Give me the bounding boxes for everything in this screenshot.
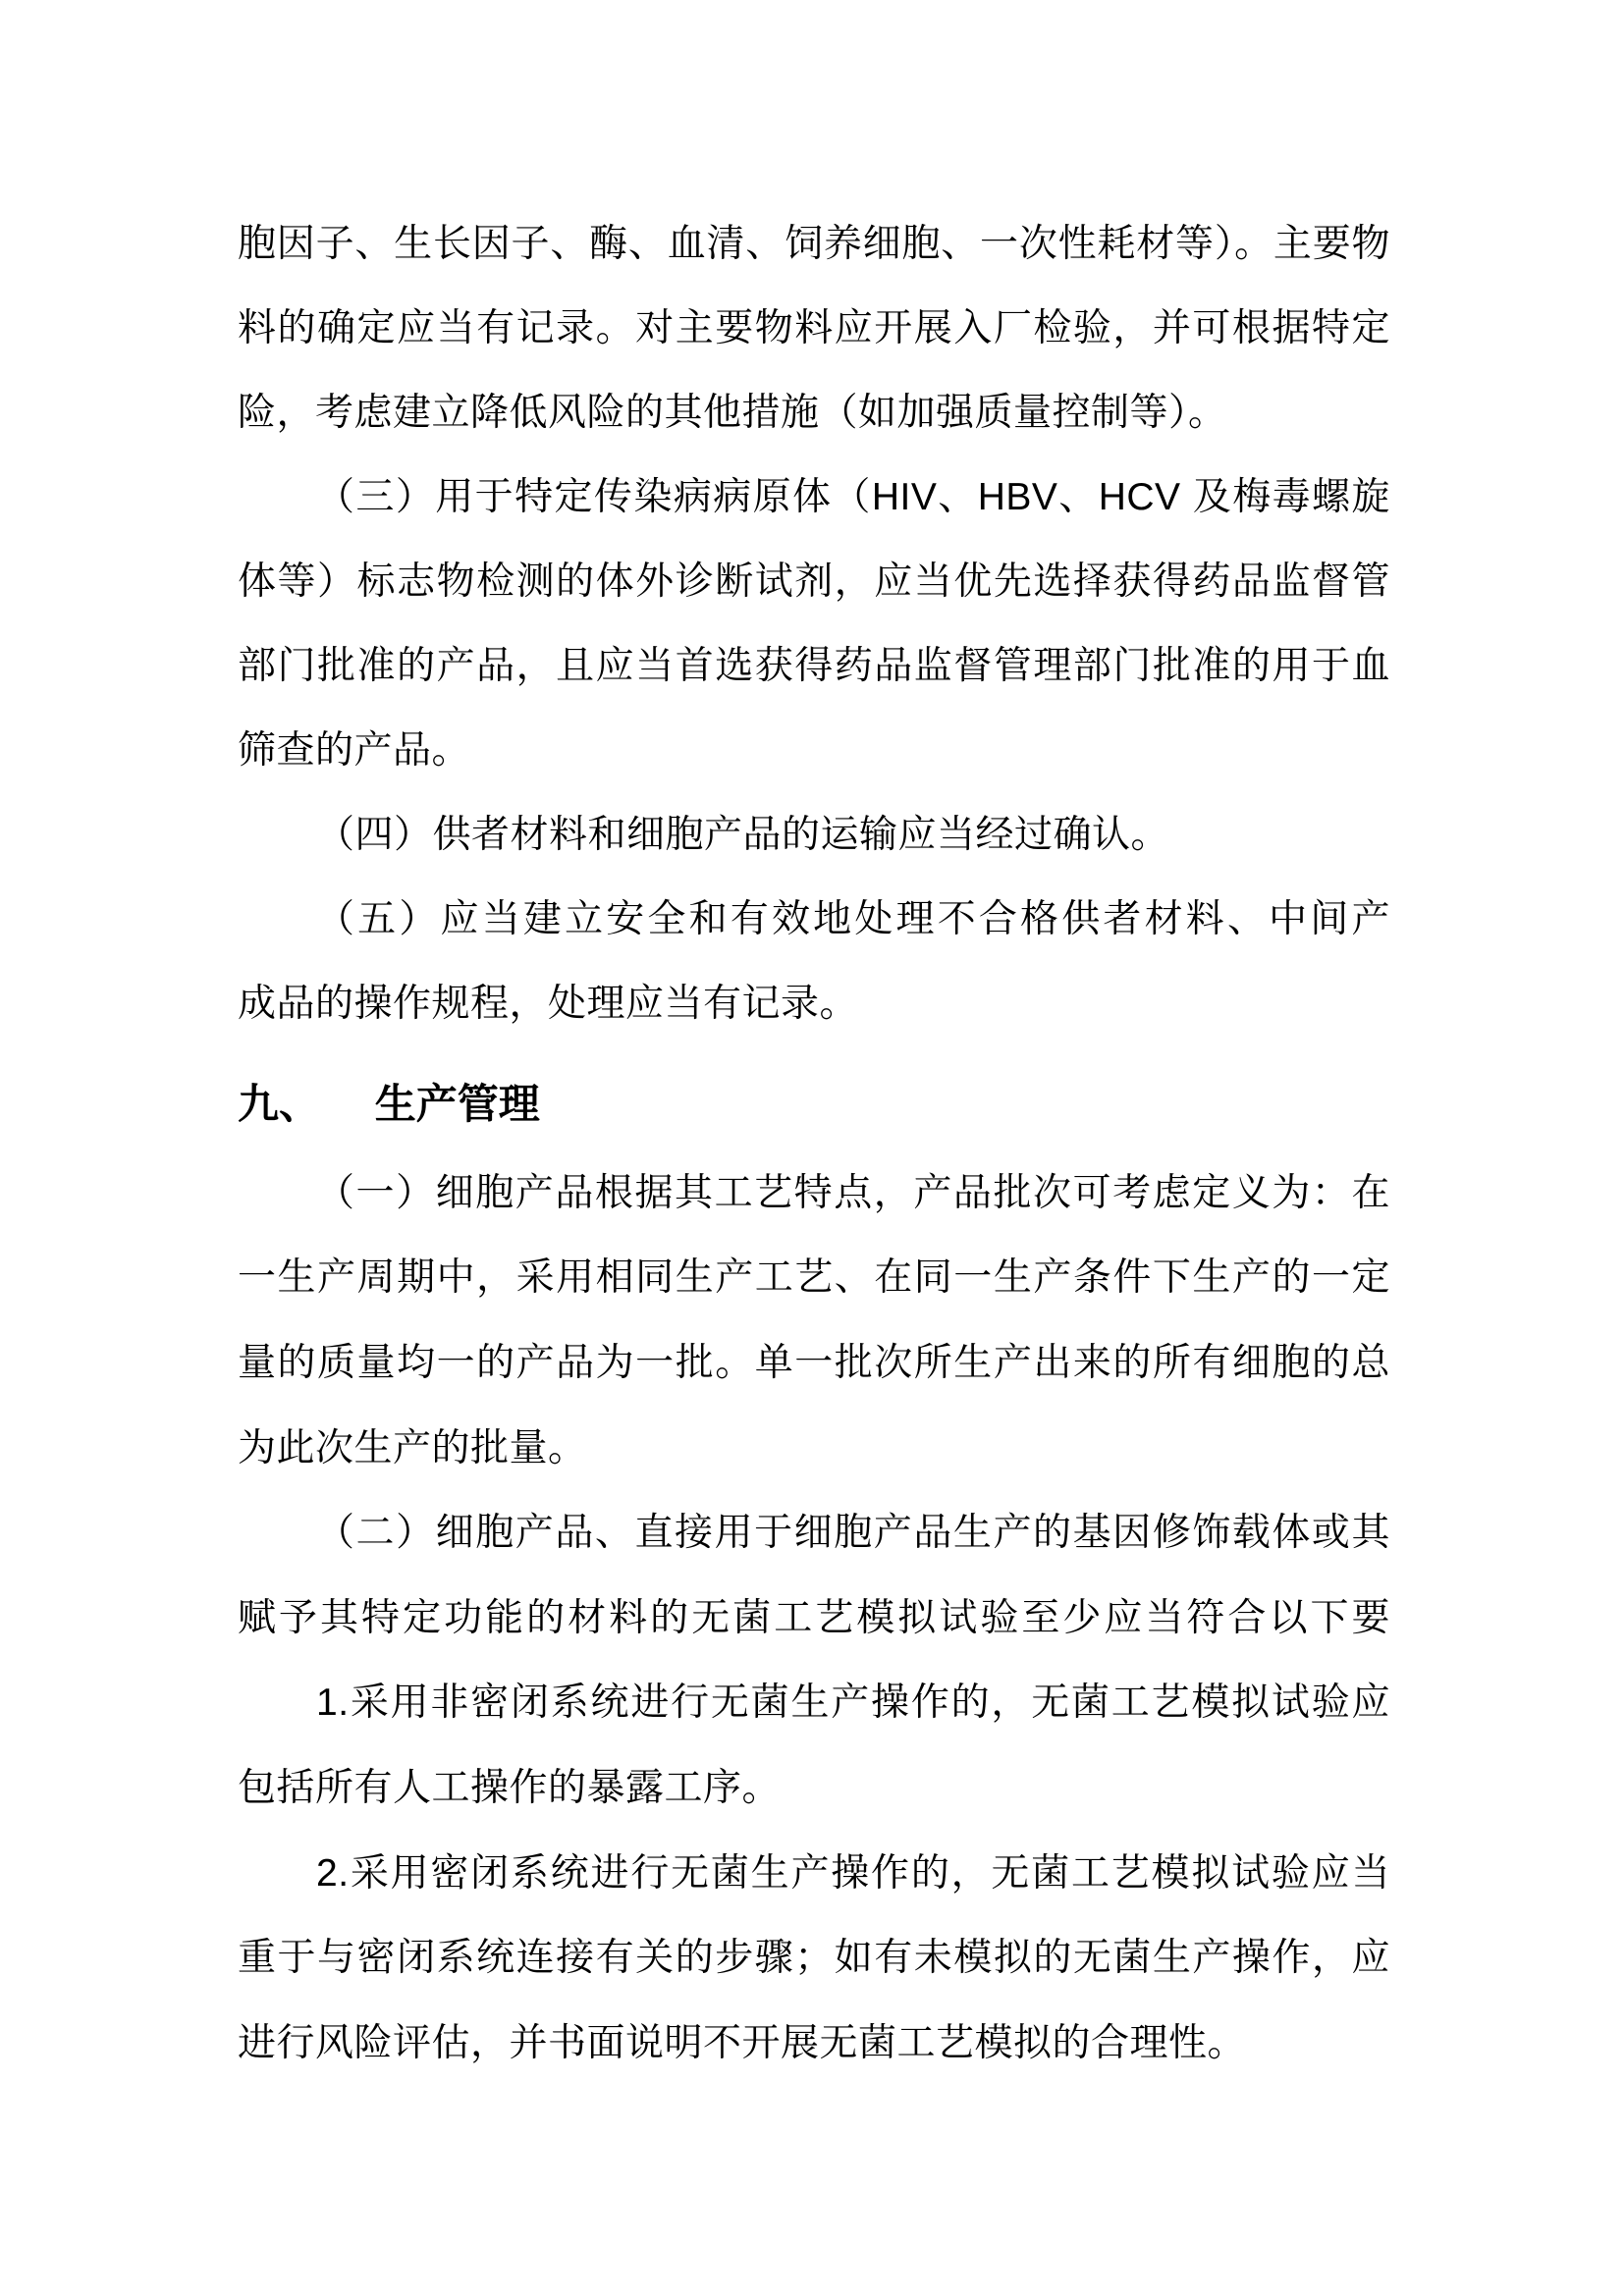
text-line: 筛查的产品。 — [238, 726, 1390, 775]
document-page: 胞因子、生长因子、酶、血清、饲养细胞、一次性耗材等）。主要物 料的确定应当有记录… — [0, 0, 1624, 2296]
text-line: 一生产周期中，采用相同生产工艺、在同一生产条件下生产的一定数 — [238, 1254, 1390, 1303]
text-line: （五）应当建立安全和有效地处理不合格供者材料、中间产品、 — [238, 895, 1390, 944]
section-heading: 九、 生产管理 — [238, 1078, 1390, 1131]
text-line: 赋予其特定功能的材料的无菌工艺模拟试验至少应当符合以下要求： — [238, 1594, 1390, 1643]
text-line: 重于与密闭系统连接有关的步骤；如有未模拟的无菌生产操作，应当 — [238, 1934, 1390, 1983]
section-number: 九、 — [238, 1078, 320, 1131]
text-line: 体等）标志物检测的体外诊断试剂，应当优先选择获得药品监督管理 — [238, 558, 1390, 607]
text-line: （二）细胞产品、直接用于细胞产品生产的基因修饰载体或其他 — [238, 1509, 1390, 1558]
text-line: （四）供者材料和细胞产品的运输应当经过确认。 — [238, 811, 1390, 860]
text-line: （三）用于特定传染病病原体（HIV、HBV、HCV 及梅毒螺旋 — [238, 473, 1390, 522]
text-line: 部门批准的产品，且应当首选获得药品监督管理部门批准的用于血源 — [238, 642, 1390, 691]
text-line: 成品的操作规程，处理应当有记录。 — [238, 980, 1390, 1029]
text-line: （一）细胞产品根据其工艺特点，产品批次可考虑定义为：在同 — [238, 1169, 1390, 1218]
text-line: 进行风险评估，并书面说明不开展无菌工艺模拟的合理性。 — [238, 2019, 1390, 2068]
text-line: 为此次生产的批量。 — [238, 1424, 1390, 1473]
text-line: 量的质量均一的产品为一批。单一批次所生产出来的所有细胞的总量 — [238, 1339, 1390, 1388]
text-line: 料的确定应当有记录。对主要物料应开展入厂检验，并可根据特定风 — [238, 304, 1390, 353]
text-line: 1.采用非密闭系统进行无菌生产操作的，无菌工艺模拟试验应当 — [238, 1679, 1390, 1728]
text-line: 险，考虑建立降低风险的其他措施（如加强质量控制等）。 — [238, 389, 1390, 438]
text-line: 胞因子、生长因子、酶、血清、饲养细胞、一次性耗材等）。主要物 — [238, 220, 1390, 269]
text-line: 2.采用密闭系统进行无菌生产操作的，无菌工艺模拟试验应当侧 — [238, 1849, 1390, 1898]
section-title: 生产管理 — [375, 1078, 540, 1131]
text-line: 包括所有人工操作的暴露工序。 — [238, 1764, 1390, 1813]
